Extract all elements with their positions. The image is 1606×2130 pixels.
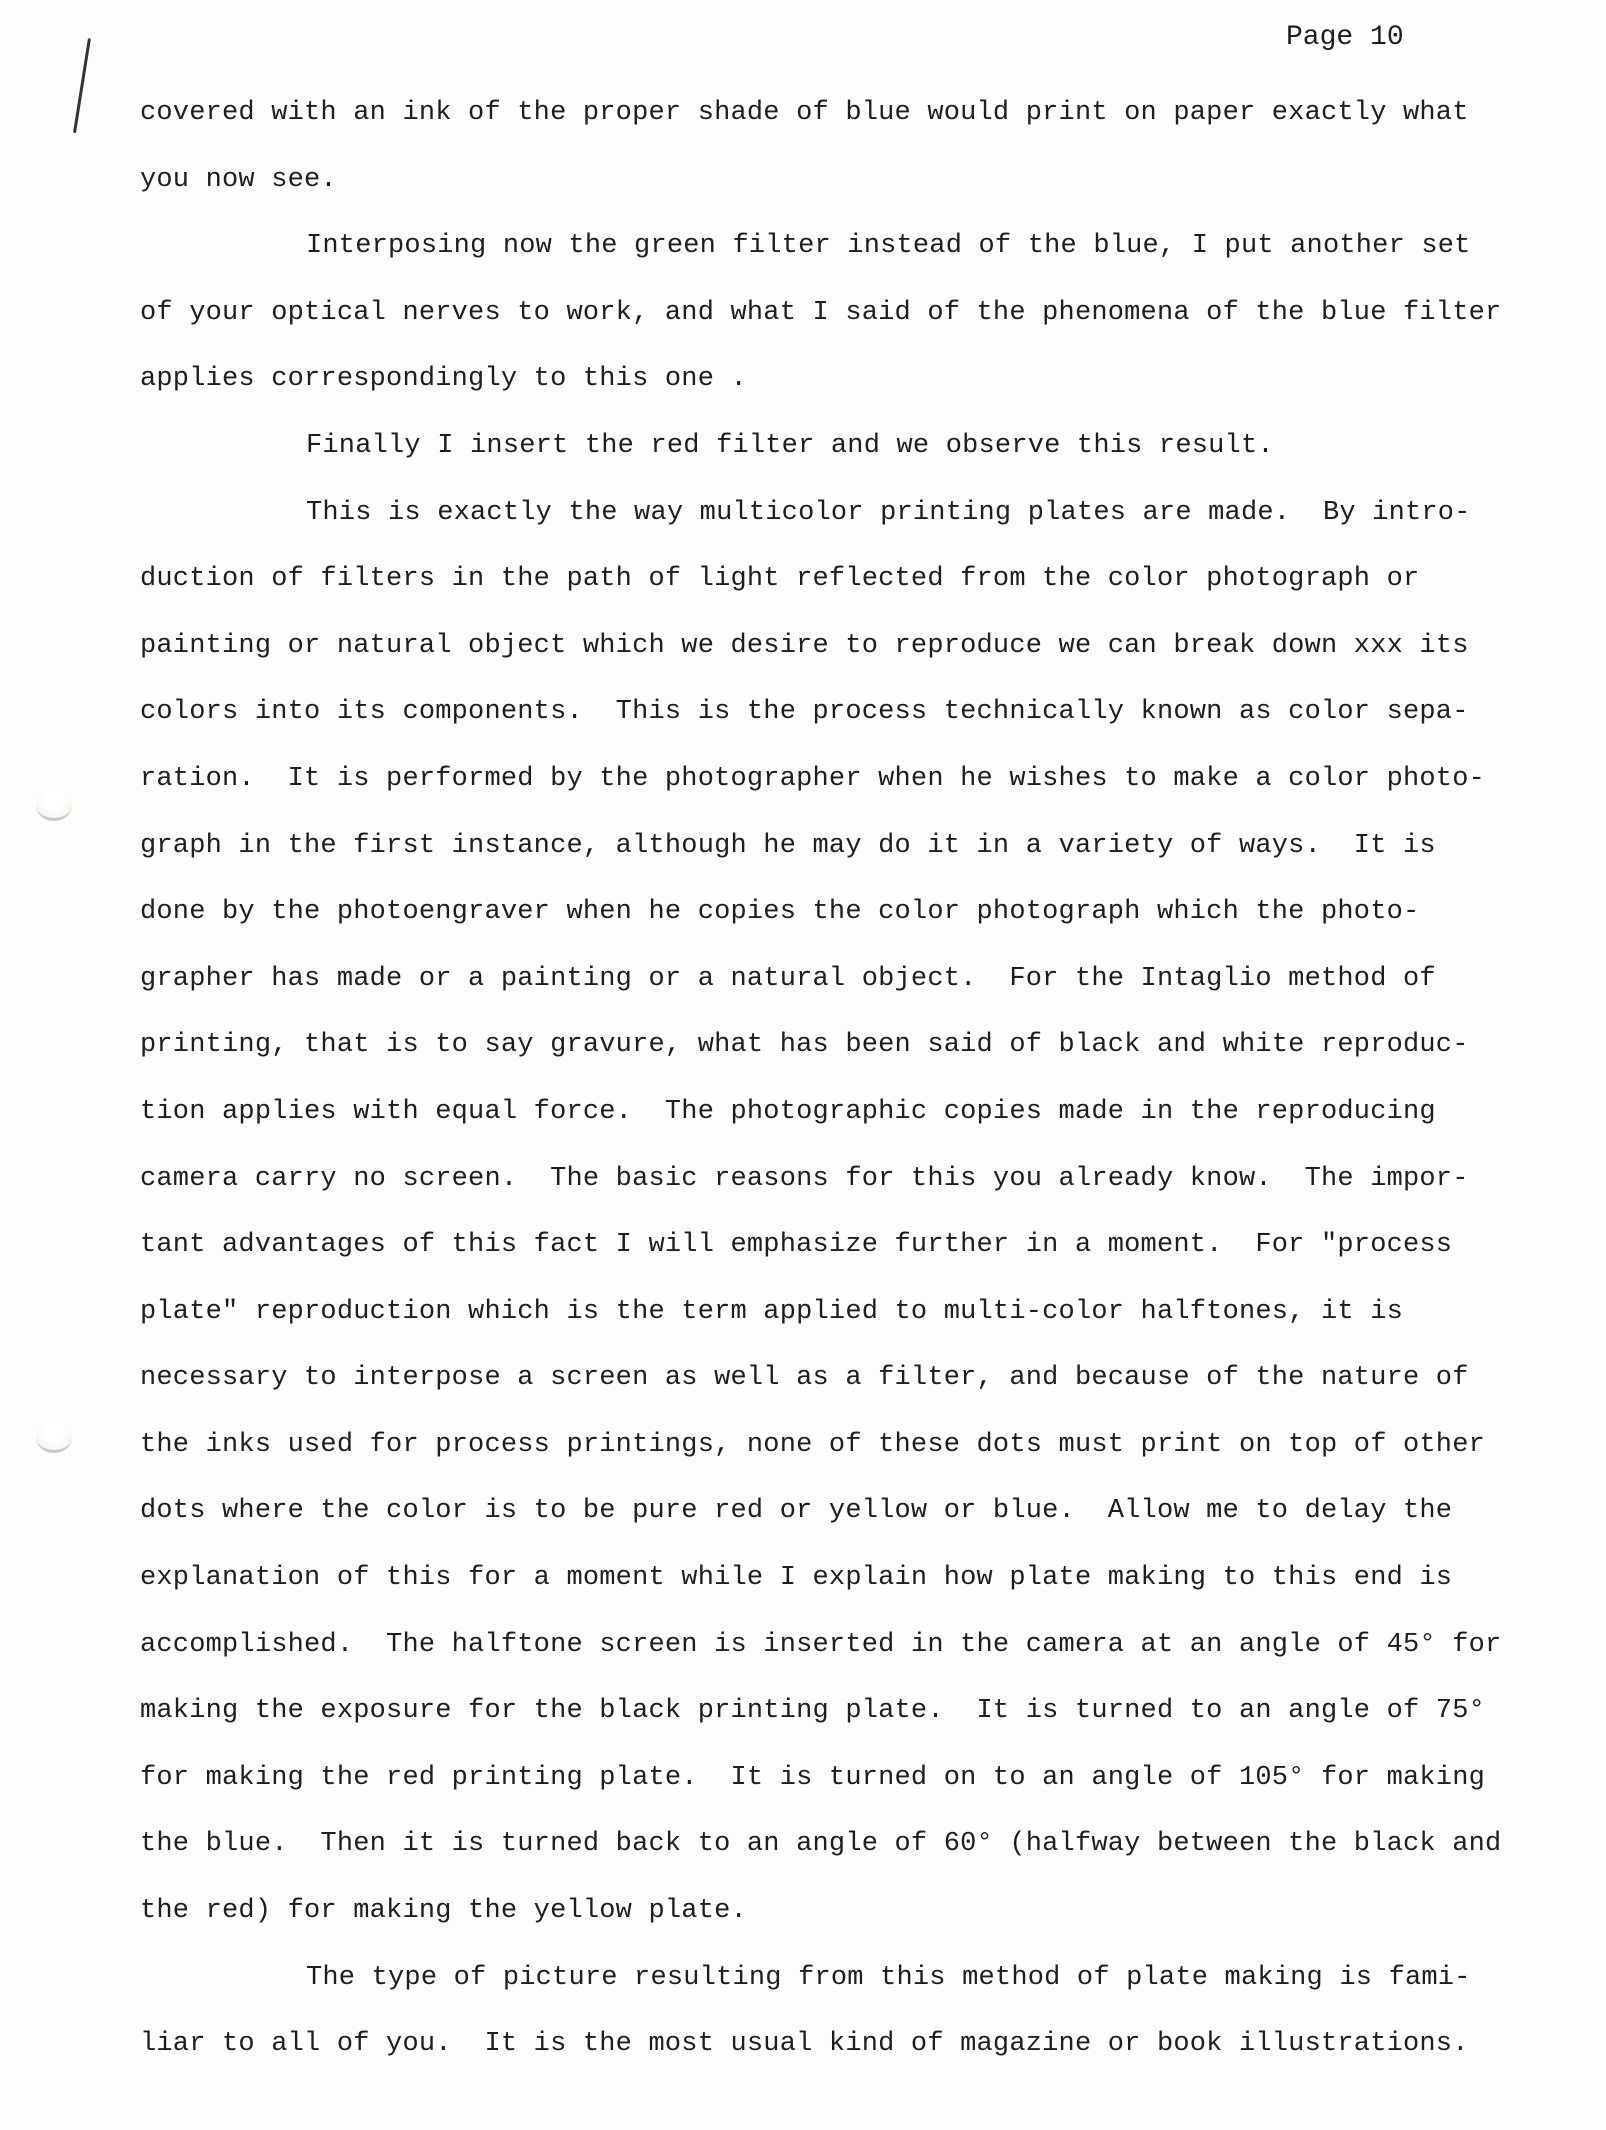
text-line: The type of picture resulting from this …	[140, 1945, 1540, 2012]
text-line: the red) for making the yellow plate.	[140, 1878, 1540, 1945]
margin-pencil-mark	[73, 38, 91, 133]
text-line: colors into its components. This is the …	[140, 679, 1540, 746]
text-line: applies correspondingly to this one .	[140, 346, 1540, 413]
text-line: done by the photoengraver when he copies…	[140, 879, 1540, 946]
text-line: grapher has made or a painting or a natu…	[140, 946, 1540, 1013]
text-line: accomplished. The halftone screen is ins…	[140, 1612, 1540, 1679]
punch-hole-upper	[36, 790, 72, 821]
typewritten-body: covered with an ink of the proper shade …	[140, 80, 1540, 2078]
text-line: camera carry no screen. The basic reason…	[140, 1146, 1540, 1213]
text-line: dots where the color is to be pure red o…	[140, 1478, 1540, 1545]
text-line: painting or natural object which we desi…	[140, 613, 1540, 680]
text-line: Interposing now the green filter instead…	[140, 213, 1540, 280]
text-line: graph in the first instance, although he…	[140, 813, 1540, 880]
text-line: tion applies with equal force. The photo…	[140, 1079, 1540, 1146]
text-line: duction of filters in the path of light …	[140, 546, 1540, 613]
text-line: This is exactly the way multicolor print…	[140, 480, 1540, 547]
text-line: plate" reproduction which is the term ap…	[140, 1279, 1540, 1346]
text-line: you now see.	[140, 147, 1540, 214]
text-line: for making the red printing plate. It is…	[140, 1745, 1540, 1812]
page-number: Page 10	[1286, 22, 1404, 53]
text-line: explanation of this for a moment while I…	[140, 1545, 1540, 1612]
text-line: tant advantages of this fact I will emph…	[140, 1212, 1540, 1279]
text-line: necessary to interpose a screen as well …	[140, 1345, 1540, 1412]
text-line: of your optical nerves to work, and what…	[140, 280, 1540, 347]
punch-hole-lower	[36, 1422, 72, 1453]
text-line: liar to all of you. It is the most usual…	[140, 2011, 1540, 2078]
text-line: printing, that is to say gravure, what h…	[140, 1012, 1540, 1079]
text-line: the blue. Then it is turned back to an a…	[140, 1811, 1540, 1878]
text-line: the inks used for process printings, non…	[140, 1412, 1540, 1479]
text-line: ration. It is performed by the photograp…	[140, 746, 1540, 813]
text-line: covered with an ink of the proper shade …	[140, 80, 1540, 147]
text-line: making the exposure for the black printi…	[140, 1678, 1540, 1745]
text-line: Finally I insert the red filter and we o…	[140, 413, 1540, 480]
